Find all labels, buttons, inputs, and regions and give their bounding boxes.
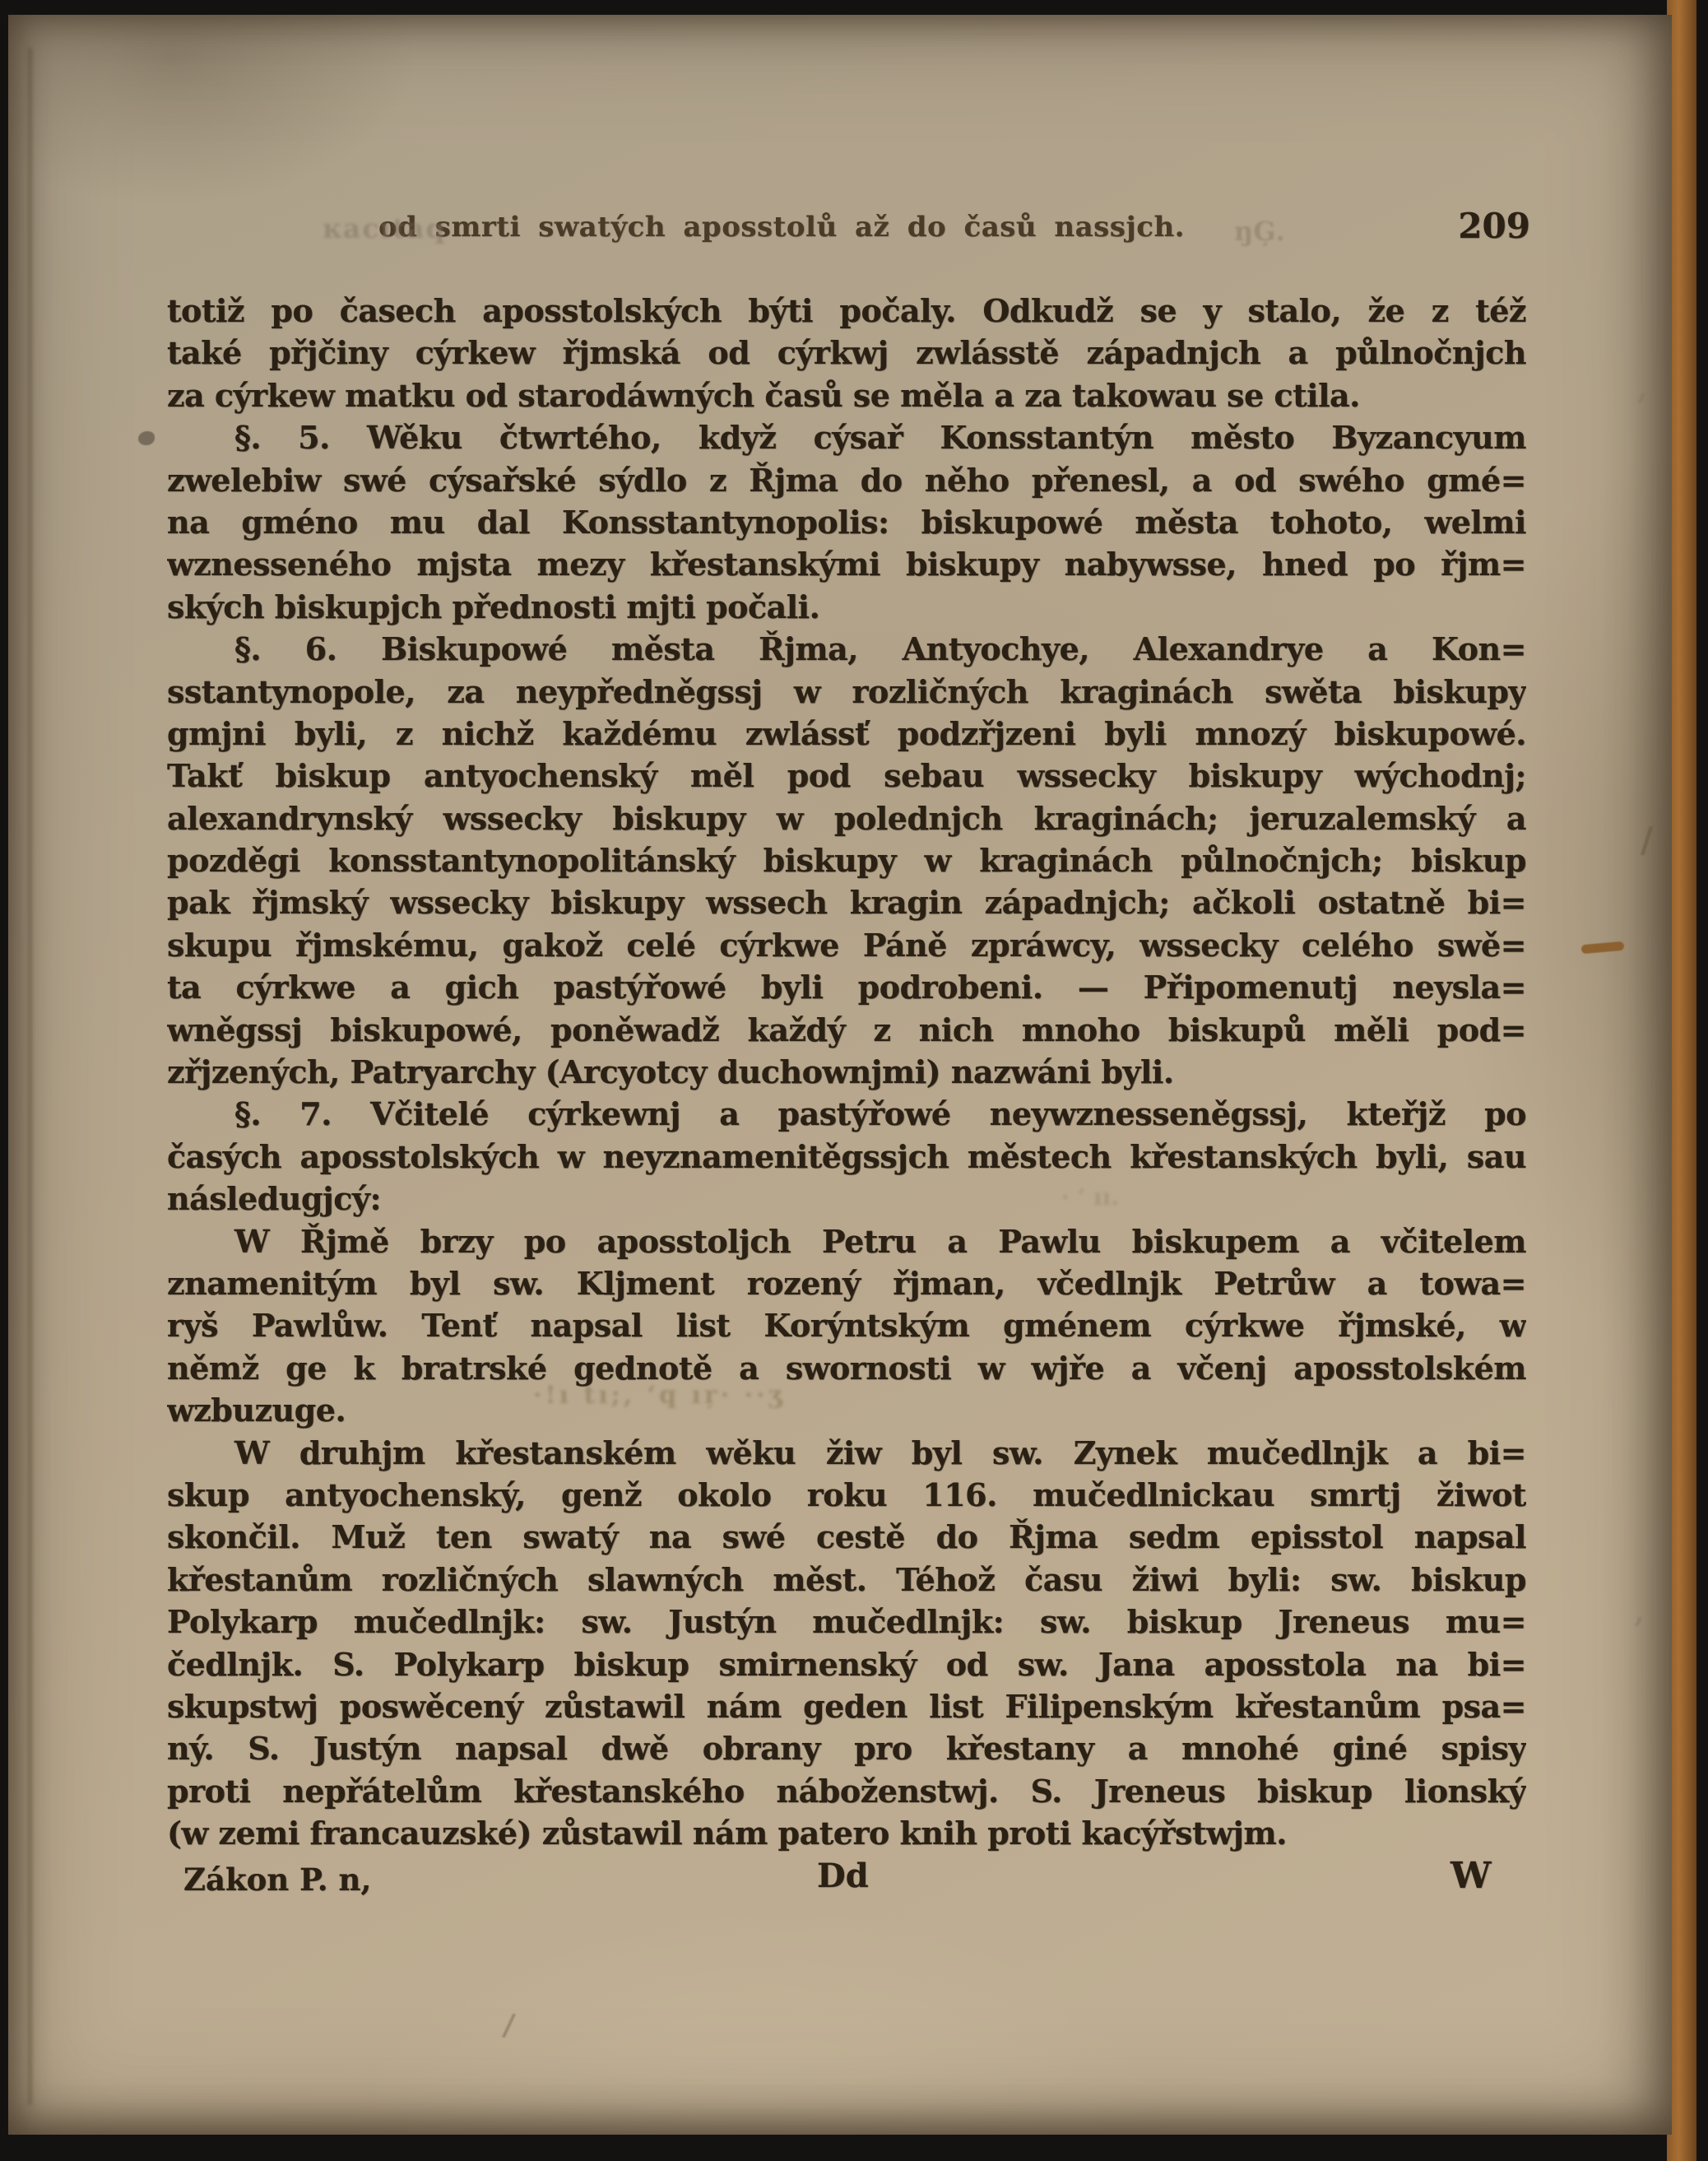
page-number: 209 [1399, 206, 1530, 246]
text-line: sstantynopole, za neypředněgssj w rozlič… [167, 671, 1526, 713]
text-line: pak řjmský wssecky biskupy wssech kragin… [167, 881, 1526, 923]
text-line: §. 5. Wěku čtwrtého, když cýsař Konsstan… [167, 416, 1526, 458]
text-block: totiž po časech aposstolských býti počal… [167, 290, 1526, 1854]
text-line: (w zemi francauzské) zůstawil nám patero… [167, 1812, 1526, 1854]
text-line: skupstwj poswěcený zůstawil nám geden li… [167, 1685, 1526, 1727]
text-line: ryš Pawlůw. Tenť napsal list Korýntským … [167, 1304, 1526, 1346]
text-line: skupu řjmskému, gakož celé cýrkwe Páně z… [167, 924, 1526, 966]
text-line: wznesseného mjsta mezy křestanskými bisk… [167, 543, 1526, 585]
text-line: znamenitým byl sw. Kljment rozený řjman,… [167, 1262, 1526, 1304]
text-line: pozděgi konsstantynopolitánský biskupy w… [167, 839, 1526, 881]
text-line: W Řjmě brzy po aposstoljch Petru a Pawlu… [167, 1220, 1526, 1262]
page-crease [28, 48, 32, 2105]
text-line: wněgssj biskupowé, poněwadž každý z nich… [167, 1009, 1526, 1051]
text-line: čedlnjk. S. Polykarp biskup smirnenský o… [167, 1643, 1526, 1685]
text-line: zřjzených, Patryarchy (Arcyotcy duchownj… [167, 1051, 1526, 1093]
catchword-right: W [1450, 1855, 1491, 1897]
text-line: alexandrynský wssecky biskupy w polednjc… [167, 797, 1526, 839]
text-line: skup antyochenský, genž okolo roku 116. … [167, 1474, 1526, 1516]
text-line: §. 6. Biskupowé města Řjma, Antyochye, A… [167, 628, 1526, 670]
ink-blob [138, 431, 155, 445]
text-line: W druhjm křestanském wěku žiw byl sw. Zy… [167, 1432, 1526, 1474]
text-line: za cýrkew matku od starodáwných časů se … [167, 374, 1526, 416]
text-line: ta cýrkwe a gich pastýřowé byli podroben… [167, 966, 1526, 1008]
text-line: časých aposstolských w neyznamenitěgssjc… [167, 1136, 1526, 1178]
text-line: wzbuzuge. [167, 1389, 1526, 1431]
text-line: §. 7. Včitelé cýrkewnj a pastýřowé neywz… [167, 1093, 1526, 1135]
text-line: gmjni byli, z nichž každému zwlássť podz… [167, 713, 1526, 755]
text-line: totiž po časech aposstolských býti počal… [167, 290, 1526, 332]
text-line: ný. S. Justýn napsal dwě obrany pro křes… [167, 1727, 1526, 1769]
signature-mark: Zákon P. n, [183, 1861, 371, 1898]
running-header: od smrti swatých aposstolů až do časů na… [165, 211, 1399, 244]
book-scan: od smrti swatých aposstolů až do časů na… [0, 0, 1708, 2161]
text-line: ských biskupjch přednosti mjti počali. [167, 586, 1526, 628]
text-line: skončil. Muž ten swatý na swé cestě do Ř… [167, 1516, 1526, 1558]
text-line: na gméno mu dal Konsstantynopolis: bisku… [167, 501, 1526, 543]
text-line: němž ge k bratrské gednotě a swornosti w… [167, 1347, 1526, 1389]
text-line: následugjcý: [167, 1178, 1526, 1220]
text-line: Polykarp mučedlnjk: sw. Justýn mučedlnjk… [167, 1601, 1526, 1643]
text-line: také přjčiny cýrkew řjmská od cýrkwj zwl… [167, 332, 1526, 374]
page-footer: Zákon P. n, Dd W [167, 1861, 1526, 1919]
text-line: křestanům rozličných slawných měst. Tého… [167, 1559, 1526, 1601]
text-line: Takť biskup antyochenský měl pod sebau w… [167, 755, 1526, 797]
text-line: zwelebiw swé cýsařské sýdlo z Řjma do ně… [167, 459, 1526, 501]
catchword-center: Dd [817, 1857, 869, 1895]
text-line: proti nepřátelům křestanského náboženstw… [167, 1770, 1526, 1812]
